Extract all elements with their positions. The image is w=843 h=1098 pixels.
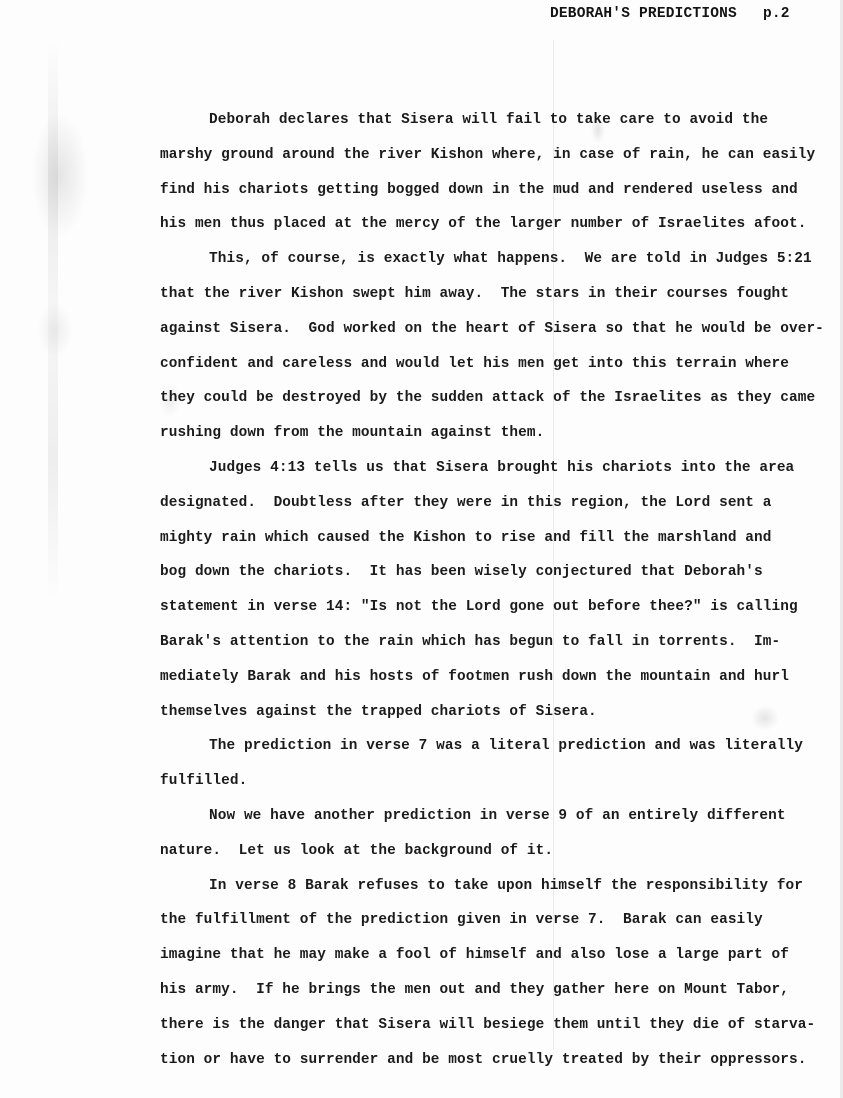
page-number: p.2 [763,6,790,22]
header-title: DEBORAH'S PREDICTIONS [550,6,737,22]
paragraph-6-line-2: the fulfillment of the prediction given … [160,908,840,943]
paragraph-1-line-3: find his chariots getting bogged down in… [160,178,840,213]
paragraph-6-line-3: imagine that he may make a fool of himse… [160,943,840,978]
paragraph-3-line-3: mighty rain which caused the Kishon to r… [160,526,840,561]
paragraph-4-line-2: fulfilled. [160,769,840,804]
paragraph-3-line-7: mediately Barak and his hosts of footmen… [160,665,840,700]
paragraph-6-line-6: tion or have to surrender and be most cr… [160,1048,840,1083]
paragraph-4-line-1: The prediction in verse 7 was a literal … [160,734,840,769]
paragraph-3-line-5: statement in verse 14: "Is not the Lord … [160,595,840,630]
paragraph-2-line-1: This, of course, is exactly what happens… [160,247,840,282]
paragraph-1-line-1: Deborah declares that Sisera will fail t… [160,108,840,143]
running-header: DEBORAH'S PREDICTIONSp.2 [550,6,790,22]
paragraph-5-line-1: Now we have another prediction in verse … [160,804,840,839]
paragraph-2-line-5: they could be destroyed by the sudden at… [160,386,840,421]
paragraph-1-line-2: marshy ground around the river Kishon wh… [160,143,840,178]
paragraph-1-line-4: his men thus placed at the mercy of the … [160,212,840,247]
paragraph-6-line-4: his army. If he brings the men out and t… [160,978,840,1013]
paragraph-6-line-1: In verse 8 Barak refuses to take upon hi… [160,874,840,909]
paragraph-3-line-8: themselves against the trapped chariots … [160,700,840,735]
document-body: Deborah declares that Sisera will fail t… [160,108,840,1082]
paragraph-6-line-5: there is the danger that Sisera will bes… [160,1013,840,1048]
paragraph-3-line-2: designated. Doubtless after they were in… [160,491,840,526]
typewritten-page: DEBORAH'S PREDICTIONSp.2 Deborah declare… [0,0,843,1098]
paragraph-2-line-3: against Sisera. God worked on the heart … [160,317,840,352]
paragraph-2-line-2: that the river Kishon swept him away. Th… [160,282,840,317]
paragraph-3-line-4: bog down the chariots. It has been wisel… [160,560,840,595]
scan-smudge [48,40,58,600]
paragraph-2-line-4: confident and careless and would let his… [160,352,840,387]
paragraph-5-line-2: nature. Let us look at the background of… [160,839,840,874]
paragraph-2-line-6: rushing down from the mountain against t… [160,421,840,456]
paragraph-3-line-6: Barak's attention to the rain which has … [160,630,840,665]
paragraph-3-line-1: Judges 4:13 tells us that Sisera brought… [160,456,840,491]
